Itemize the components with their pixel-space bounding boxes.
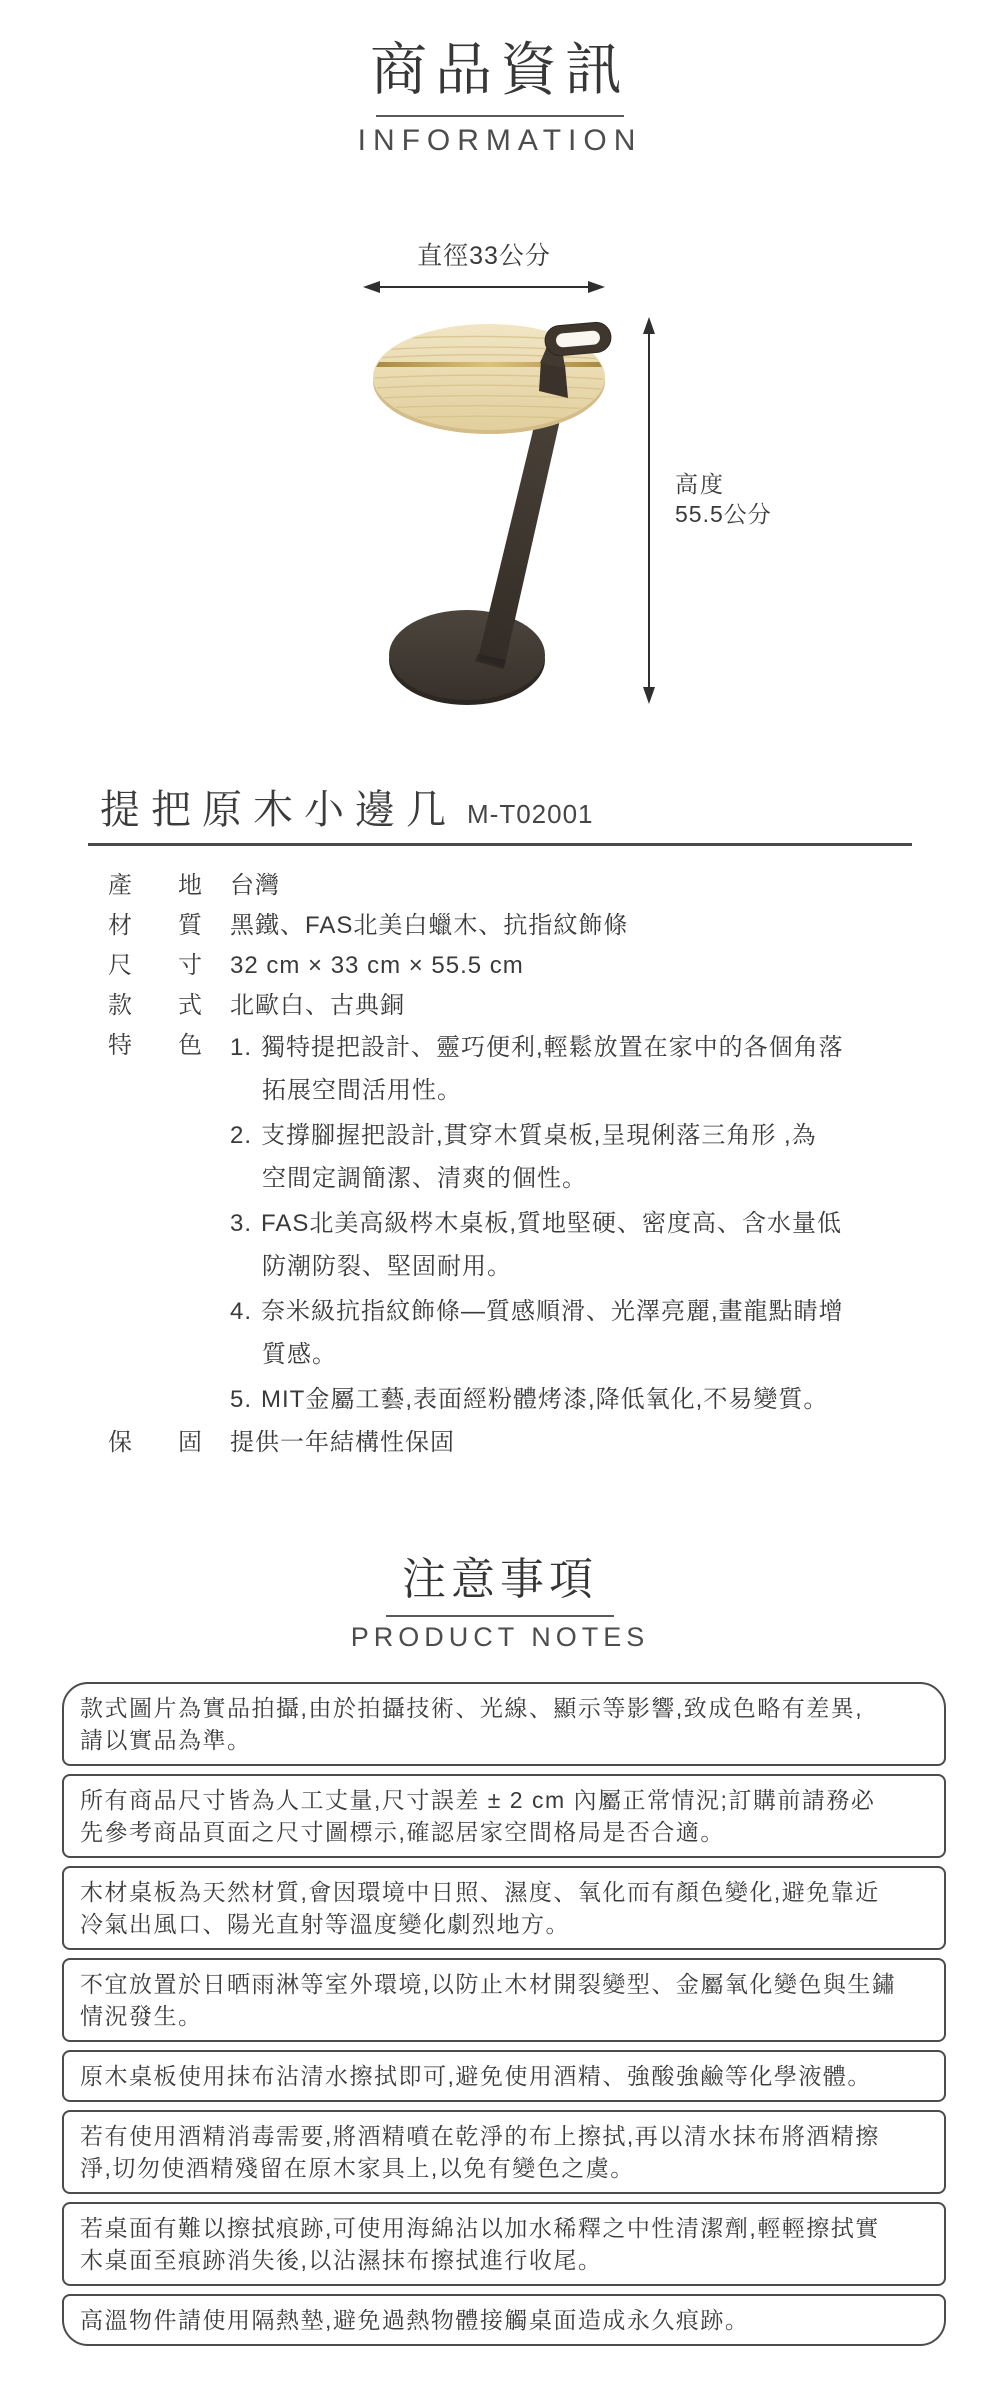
spec-row-origin: 產地 台灣 — [108, 866, 934, 906]
spec-list: 產地 台灣 材質 黑鐵、FAS北美白蠟木、抗指紋飾條 尺寸 32 cm × 33… — [108, 866, 934, 1463]
note-box: 若桌面有難以擦拭痕跡,可使用海綿沾以加水稀釋之中性清潔劑,輕輕擦拭實 木桌面至痕… — [62, 2202, 946, 2286]
spec-row-warranty: 保固 提供一年結構性保固 — [108, 1423, 934, 1463]
notes-title-cn: 注意事項 — [0, 1543, 1000, 1607]
info-header: 商品資訊 INFORMATION — [0, 24, 1000, 158]
spec-row-material: 材質 黑鐵、FAS北美白蠟木、抗指紋飾條 — [108, 906, 934, 946]
height-arrow — [643, 317, 655, 704]
spec-row-style: 款式 北歐白、古典銅 — [108, 986, 934, 1026]
height-label-line2: 55.5公分 — [675, 501, 772, 527]
height-label-line1: 高度 — [675, 471, 725, 497]
note-box: 原木桌板使用抹布沾清水擦拭即可,避免使用酒精、強酸強鹼等化學液體。 — [62, 2050, 946, 2102]
info-title-cn: 商品資訊 — [0, 24, 1000, 106]
feature-text: 獨特提把設計、靈巧便利,輕鬆放置在家中的各個角落 拓展空間活用性。 — [261, 1034, 844, 1104]
spec-label: 保固 — [108, 1423, 202, 1463]
feature-item: 2.支撐腳握把設計,貫穿木質桌板,呈現俐落三角形 ,為 空間定調簡潔、清爽的個性… — [230, 1114, 934, 1200]
feature-text: 奈米級抗指紋飾條—質感順滑、光澤亮麗,畫龍點睛增 質感。 — [261, 1298, 844, 1368]
feature-list: 1.獨特提把設計、靈巧便利,輕鬆放置在家中的各個角落 拓展空間活用性。 2.支撐… — [230, 1026, 934, 1423]
spec-label: 特色 — [108, 1026, 202, 1066]
product-heading-divider — [88, 843, 912, 846]
diameter-arrow — [363, 281, 605, 293]
product-heading: 提把原木小邊几M-T02001 — [100, 778, 960, 835]
notes-title-divider — [386, 1615, 614, 1617]
spec-label: 材質 — [108, 906, 202, 946]
feature-item: 1.獨特提把設計、靈巧便利,輕鬆放置在家中的各個角落 拓展空間活用性。 — [230, 1026, 934, 1112]
feature-item: 5.MIT金屬工藝,表面經粉體烤漆,降低氧化,不易變質。 — [230, 1378, 934, 1421]
note-box: 若有使用酒精消毒需要,將酒精噴在乾淨的布上擦拭,再以清水抹布將酒精擦 淨,切勿使… — [62, 2110, 946, 2194]
spec-value: 提供一年結構性保固 — [230, 1423, 934, 1463]
feature-item: 4.奈米級抗指紋飾條—質感順滑、光澤亮麗,畫龍點睛增 質感。 — [230, 1290, 934, 1376]
spec-row-size: 尺寸 32 cm × 33 cm × 55.5 cm — [108, 946, 934, 986]
product-model: M-T02001 — [467, 799, 594, 829]
table-base — [389, 610, 545, 705]
brass-inlay-strip — [371, 362, 607, 367]
spec-value: 北歐白、古典銅 — [230, 986, 934, 1026]
feature-number: 4. — [230, 1298, 252, 1325]
feature-number: 2. — [230, 1122, 252, 1149]
notes-list: 款式圖片為實品拍攝,由於拍攝技術、光線、顯示等影響,致成色略有差異, 請以實品為… — [62, 1682, 946, 2354]
spec-label: 產地 — [108, 866, 202, 906]
feature-number: 5. — [230, 1386, 252, 1413]
spec-value: 台灣 — [230, 866, 934, 906]
notes-title-en: PRODUCT NOTES — [0, 1622, 1000, 1653]
note-box: 款式圖片為實品拍攝,由於拍攝技術、光線、顯示等影響,致成色略有差異, 請以實品為… — [62, 1682, 946, 1766]
product-name: 提把原木小邊几 — [100, 788, 457, 832]
feature-item: 3.FAS北美高級梣木桌板,質地堅硬、密度高、含水量低 防潮防裂、堅固耐用。 — [230, 1202, 934, 1288]
spec-value: 黑鐵、FAS北美白蠟木、抗指紋飾條 — [230, 906, 934, 946]
feature-number: 1. — [230, 1034, 252, 1061]
notes-header: 注意事項 PRODUCT NOTES — [0, 1543, 1000, 1653]
spec-label: 款式 — [108, 986, 202, 1026]
info-title-en: INFORMATION — [0, 124, 1000, 158]
spec-value: 32 cm × 33 cm × 55.5 cm — [230, 946, 934, 986]
feature-text: MIT金屬工藝,表面經粉體烤漆,降低氧化,不易變質。 — [261, 1386, 828, 1413]
diameter-label: 直徑33公分 — [417, 242, 551, 270]
product-info-page: 商品資訊 INFORMATION 直徑33公分 — [0, 0, 1000, 2391]
note-box: 高溫物件請使用隔熱墊,避免過熱物體接觸桌面造成永久痕跡。 — [62, 2294, 946, 2346]
feature-number: 3. — [230, 1210, 252, 1237]
feature-text: 支撐腳握把設計,貫穿木質桌板,呈現俐落三角形 ,為 空間定調簡潔、清爽的個性。 — [261, 1122, 817, 1192]
info-title-divider — [376, 115, 624, 117]
note-box: 不宜放置於日晒雨淋等室外環境,以防止木材開裂變型、金屬氧化變色與生鏽 情況發生。 — [62, 1958, 946, 2042]
spec-label: 尺寸 — [108, 946, 202, 986]
note-box: 所有商品尺寸皆為人工丈量,尺寸誤差 ± 2 cm 內屬正常情況;訂購前請務必 先… — [62, 1774, 946, 1858]
product-dimension-diagram: 直徑33公分 — [225, 190, 785, 720]
spec-row-features: 特色 1.獨特提把設計、靈巧便利,輕鬆放置在家中的各個角落 拓展空間活用性。 2… — [108, 1026, 934, 1423]
note-box: 木材桌板為天然材質,會因環境中日照、濕度、氧化而有顏色變化,避免靠近 冷氣出風口… — [62, 1866, 946, 1950]
feature-text: FAS北美高級梣木桌板,質地堅硬、密度高、含水量低 防潮防裂、堅固耐用。 — [261, 1210, 842, 1280]
